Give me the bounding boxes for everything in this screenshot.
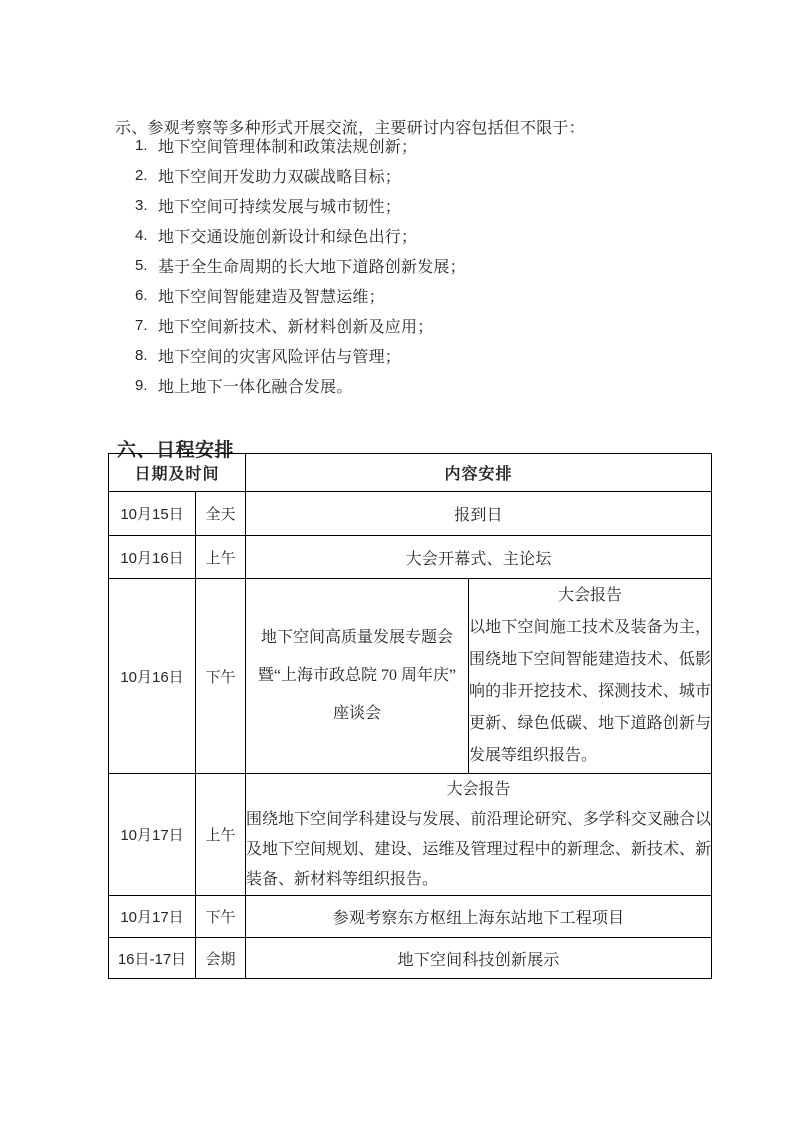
session-line: 座谈会 [246,695,468,733]
cell-content: 参观考察东方枢纽上海东站地下工程项目 [246,896,712,938]
header-cell-datetime: 日期及时间 [109,454,246,492]
document-page: 示、参观考察等多种形式开展交流，主要研讨内容包括但不限于： 1. 地下空间管理体… [0,0,800,1130]
list-item-number: 5. [135,257,158,274]
list-item: 6. 地下空间智能建造及智慧运维； [135,280,466,310]
cell-date: 10月16日 [109,579,196,774]
cell-content: 地下空间科技创新展示 [246,938,712,979]
cell-time: 上午 [196,774,246,896]
cell-session-right: 大会报告 以地下空间施工技术及装备为主，围绕地下空间智能建造技术、低影响的非开挖… [469,579,712,774]
cell-date: 16日-17日 [109,938,196,979]
cell-date: 10月15日 [109,492,196,536]
cell-session-full: 大会报告 围绕地下空间学科建设与发展、前沿理论研究、多学科交叉融合以及地下空间规… [246,774,712,896]
list-item-text: 地下空间新技术、新材料创新及应用； [158,314,433,337]
list-item-text: 地上地下一体化融合发展。 [158,374,352,397]
session-description: 围绕地下空间学科建设与发展、前沿理论研究、多学科交叉融合以及地下空间规划、建设、… [246,805,711,895]
cell-time: 会期 [196,938,246,979]
list-item-number: 9. [135,377,158,394]
cell-time: 全天 [196,492,246,536]
cell-time: 上午 [196,536,246,579]
list-item: 5. 基于全生命周期的长大地下道路创新发展； [135,250,466,280]
list-item-number: 7. [135,317,158,334]
list-item-text: 地下空间可持续发展与城市韧性； [158,194,401,217]
cell-content: 大会开幕式、主论坛 [246,536,712,579]
list-item: 2. 地下空间开发助力双碳战略目标； [135,160,466,190]
list-item-number: 2. [135,167,158,184]
cell-date: 10月16日 [109,536,196,579]
list-item-text: 基于全生命周期的长大地下道路创新发展； [158,254,466,277]
cell-date: 10月17日 [109,774,196,896]
list-item-number: 3. [135,197,158,214]
session-title: 大会报告 [246,775,711,805]
list-item: 9. 地上地下一体化融合发展。 [135,370,466,400]
header-cell-content: 内容安排 [246,454,712,492]
list-item: 7. 地下空间新技术、新材料创新及应用； [135,310,466,340]
session-title: 大会报告 [469,580,711,612]
list-item: 8. 地下空间的灾害风险评估与管理； [135,340,466,370]
list-item-number: 4. [135,227,158,244]
table-header-row: 日期及时间 内容安排 [109,454,712,492]
cell-time: 下午 [196,896,246,938]
table-row: 10月17日 下午 参观考察东方枢纽上海东站地下工程项目 [109,896,712,938]
table-row: 10月16日 上午 大会开幕式、主论坛 [109,536,712,579]
list-item-text: 地下空间智能建造及智慧运维； [158,284,385,307]
table-row: 10月15日 全天 报到日 [109,492,712,536]
session-description: 以地下空间施工技术及装备为主，围绕地下空间智能建造技术、低影响的非开挖技术、探测… [469,612,711,772]
table-row: 10月16日 下午 地下空间高质量发展专题会 暨“上海市政总院 70 周年庆” … [109,579,712,774]
table-row: 10月17日 上午 大会报告 围绕地下空间学科建设与发展、前沿理论研究、多学科交… [109,774,712,896]
schedule-table: 日期及时间 内容安排 10月15日 全天 报到日 10月16日 上午 大会开幕式… [108,453,712,979]
list-item-number: 8. [135,347,158,364]
cell-time: 下午 [196,579,246,774]
session-line: 地下空间高质量发展专题会 [246,619,468,657]
list-item-text: 地下交通设施创新设计和绿色出行； [158,224,417,247]
topic-list: 1. 地下空间管理体制和政策法规创新； 2. 地下空间开发助力双碳战略目标； 3… [135,130,466,400]
list-item-number: 6. [135,287,158,304]
list-item-text: 地下空间管理体制和政策法规创新； [158,134,417,157]
list-item: 3. 地下空间可持续发展与城市韧性； [135,190,466,220]
session-line: 暨“上海市政总院 70 周年庆” [246,657,468,695]
cell-date: 10月17日 [109,896,196,938]
list-item: 1. 地下空间管理体制和政策法规创新； [135,130,466,160]
table-row: 16日-17日 会期 地下空间科技创新展示 [109,938,712,979]
list-item: 4. 地下交通设施创新设计和绿色出行； [135,220,466,250]
list-item-number: 1. [135,137,158,154]
list-item-text: 地下空间的灾害风险评估与管理； [158,344,401,367]
cell-content: 报到日 [246,492,712,536]
cell-session-left: 地下空间高质量发展专题会 暨“上海市政总院 70 周年庆” 座谈会 [246,579,469,774]
list-item-text: 地下空间开发助力双碳战略目标； [158,164,401,187]
